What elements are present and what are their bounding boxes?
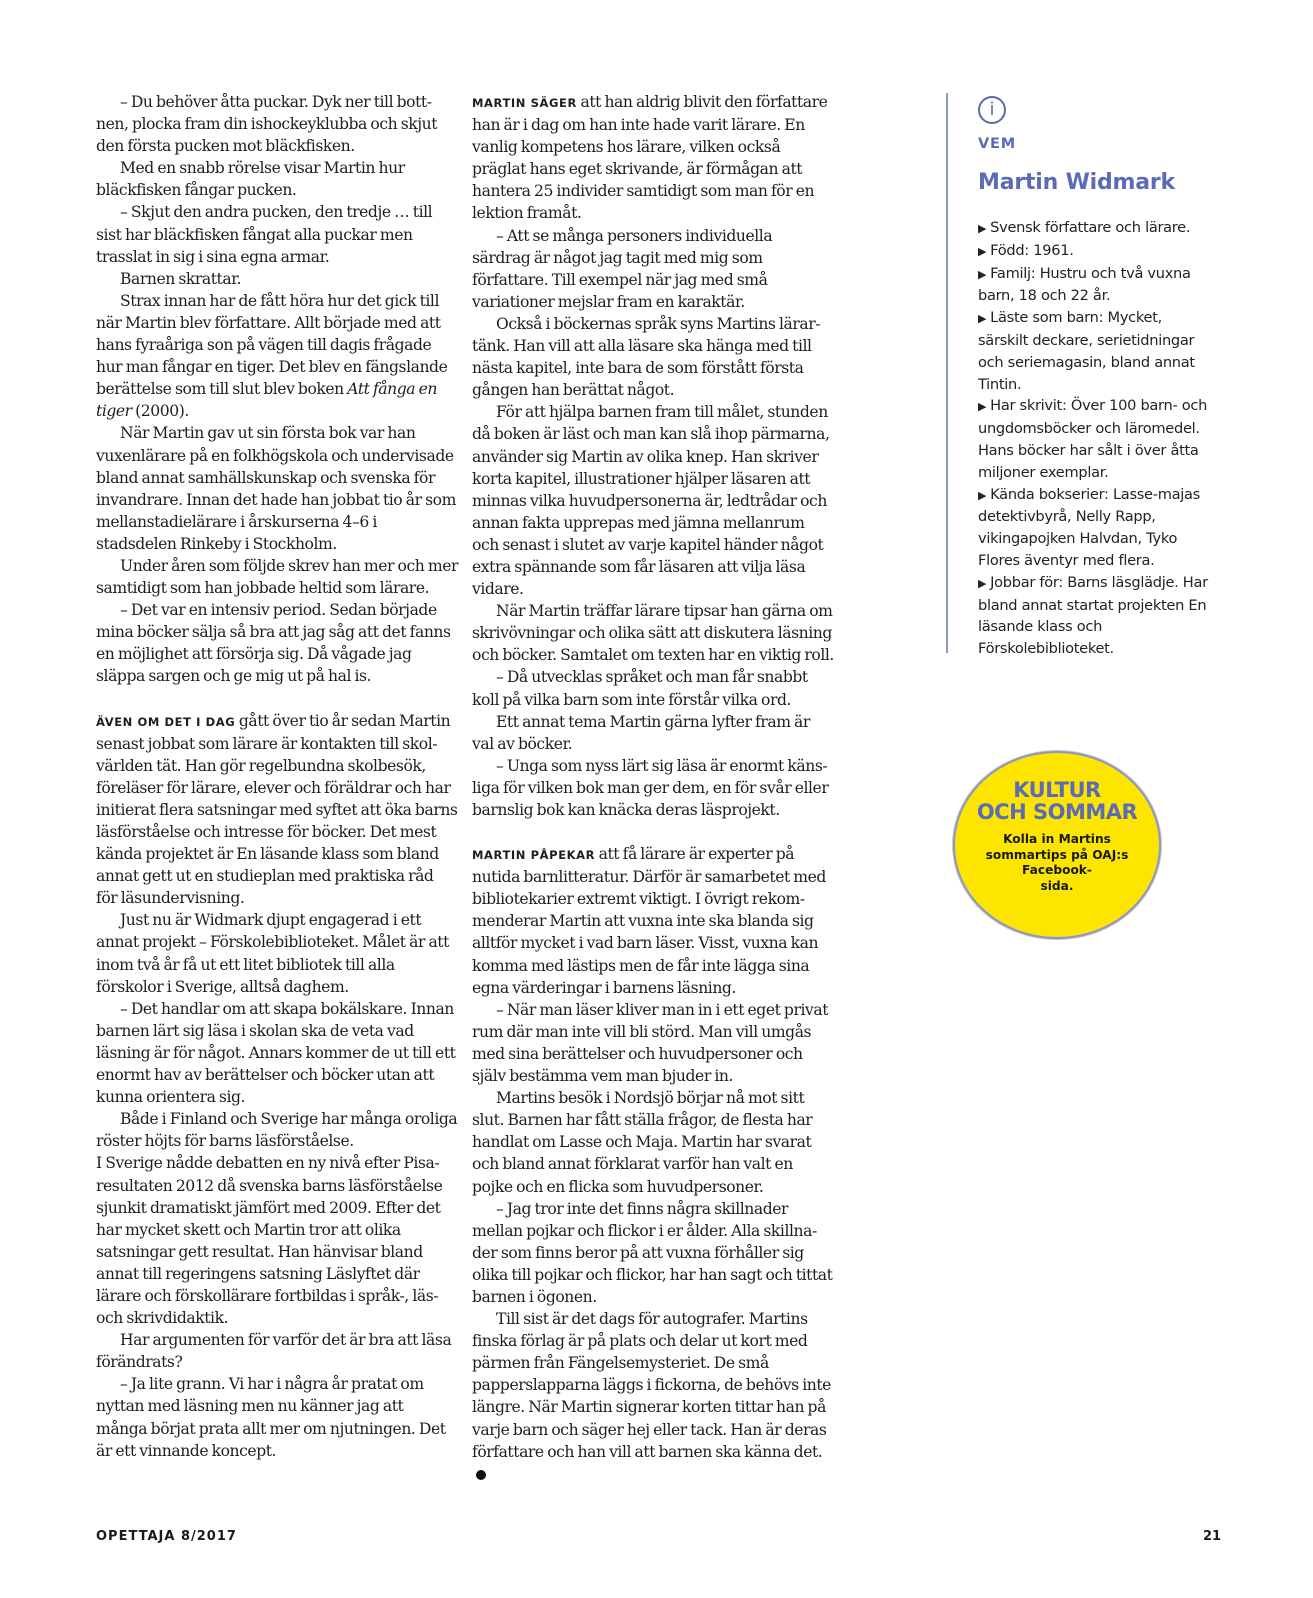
fact-item: ▶Familj: Hustru och två vuxna barn, 18 o… [978, 263, 1208, 308]
paragraph: När Martin träffar lärare tipsar han gär… [472, 600, 834, 666]
fact-box-kicker: VEM [978, 136, 1208, 152]
fact-box: i VEM Martin Widmark ▶Svensk författare … [946, 93, 1208, 653]
paragraph: – Jag tror inte det finns några skillnad… [472, 1198, 834, 1308]
paragraph-text: att få lärare är experter på nutida barn… [472, 845, 826, 997]
fact-item: ▶Har skrivit: Över 100 barn- och ungdoms… [978, 395, 1208, 483]
badge-title: KULTUR OCH SOMMAR [957, 779, 1157, 823]
section-gap [96, 688, 458, 710]
fact-box-title: Martin Widmark [978, 170, 1208, 195]
paragraph-text: att han aldrig blivit den författare han… [472, 93, 827, 222]
paragraph: – Att se många personers individuella sä… [472, 225, 834, 313]
paragraph: Till sist är det dags för autografer. Ma… [472, 1308, 834, 1485]
paragraph: Under åren som följde skrev han mer och … [96, 555, 458, 599]
paragraph: Har argumenten för varför det är bra att… [96, 1329, 458, 1373]
end-mark-icon [476, 1470, 486, 1480]
badge-text: Kolla in Martins sommartips på OAJ:s Fac… [957, 832, 1157, 894]
triangle-bullet-icon: ▶ [978, 489, 986, 502]
paragraph: Just nu är Widmark djupt engagerad i ett… [96, 909, 458, 997]
paragraph-text: gått över tio år sedan Martin senast job… [96, 712, 457, 908]
fact-item: ▶Född: 1961. [978, 240, 1208, 263]
paragraph: Både i Finland och Sverige har många oro… [96, 1108, 458, 1152]
paragraph: – Då utvecklas språket och man får snabb… [472, 666, 834, 710]
triangle-bullet-icon: ▶ [978, 222, 986, 235]
paragraph: Ett annat tema Martin gärna lyfter fram … [472, 711, 834, 755]
paragraph: För att hjälpa barnen fram till målet, s… [472, 401, 834, 600]
section-lead-in: ÄVEN OM DET I DAG [96, 715, 235, 729]
paragraph: – Det handlar om att skapa bokälskare. I… [96, 998, 458, 1108]
paragraph: – Skjut den andra pucken, den tredje … t… [96, 201, 458, 267]
paragraph: – När man läser kliver man in i ett eget… [472, 999, 834, 1087]
section-lead-paragraph: MARTIN SÄGER att han aldrig blivit den f… [472, 91, 834, 225]
section-lead-paragraph: ÄVEN OM DET I DAG gått över tio år sedan… [96, 710, 458, 910]
paragraph: Strax innan har de fått höra hur det gic… [96, 290, 458, 423]
paragraph: Martins besök i Nordsjö börjar nå mot si… [472, 1087, 834, 1197]
paragraph-text: (2000). [132, 402, 189, 420]
section-lead-in: MARTIN PÅPEKAR [472, 848, 595, 862]
triangle-bullet-icon: ▶ [978, 245, 986, 258]
triangle-bullet-icon: ▶ [978, 312, 986, 325]
fact-list: ▶Svensk författare och lärare. ▶Född: 19… [978, 217, 1208, 660]
fact-item: ▶Svensk författare och lärare. [978, 217, 1208, 240]
paragraph: I Sverige nådde debatten en ny nivå efte… [96, 1152, 458, 1329]
paragraph: Barnen skrattar. [96, 268, 458, 290]
section-gap [472, 821, 834, 843]
paragraph: Också i böckernas språk syns Martins lär… [472, 313, 834, 401]
fact-item: ▶Jobbar för: Barns läsglädje. Har bland … [978, 572, 1208, 660]
fact-item: ▶Kända bokserier: Lasse-majas detektivby… [978, 484, 1208, 572]
publication-footer: OPETTAJA 8/2017 [96, 1529, 237, 1544]
paragraph: När Martin gav ut sin första bok var han… [96, 422, 458, 555]
kultur-och-sommar-badge: KULTUR OCH SOMMAR Kolla in Martins somma… [957, 755, 1157, 935]
paragraph: – Du behöver åtta puckar. Dyk ner till b… [96, 91, 458, 157]
article-column-1: – Du behöver åtta puckar. Dyk ner till b… [96, 91, 458, 1462]
info-icon: i [978, 96, 1006, 124]
triangle-bullet-icon: ▶ [978, 400, 986, 413]
paragraph: Med en snabb rörelse visar Martin hur bl… [96, 157, 458, 201]
paragraph: – Unga som nyss lärt sig läsa är enormt … [472, 755, 834, 821]
page-number: 21 [1203, 1529, 1221, 1544]
section-lead-in: MARTIN SÄGER [472, 96, 577, 110]
paragraph: – Det var en intensiv period. Sedan börj… [96, 599, 458, 687]
article-column-2: MARTIN SÄGER att han aldrig blivit den f… [472, 91, 834, 1485]
triangle-bullet-icon: ▶ [978, 577, 986, 590]
paragraph: – Ja lite grann. Vi har i några år prata… [96, 1373, 458, 1461]
paragraph-text: Till sist är det dags för autografer. Ma… [472, 1310, 831, 1461]
section-lead-paragraph: MARTIN PÅPEKAR att få lärare är experter… [472, 843, 834, 999]
triangle-bullet-icon: ▶ [978, 268, 986, 281]
fact-item: ▶Läste som barn: Mycket, särskilt deckar… [978, 307, 1208, 395]
